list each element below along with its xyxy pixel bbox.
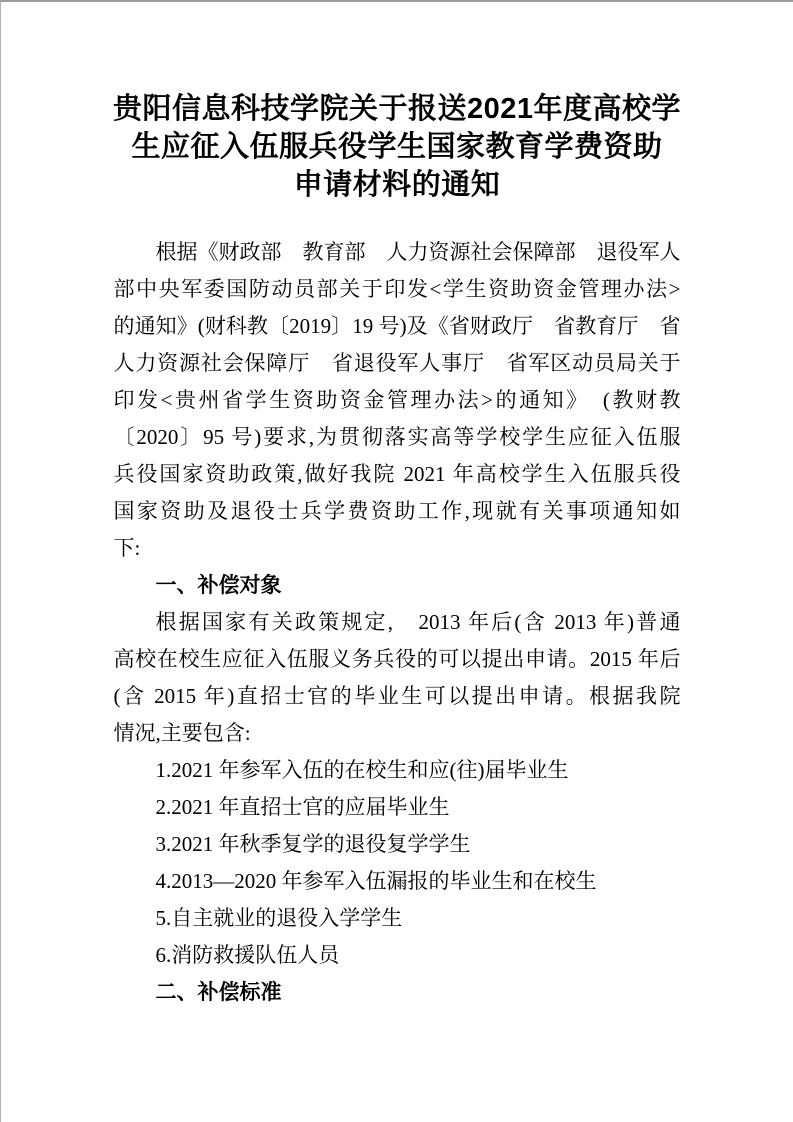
body-line: (含 2015 年)直招士官的毕业生可以提出申请。根据我院: [114, 678, 681, 715]
body-line: 的通知》(财科教〔2019〕19 号)及《省财政厅 省教育厅 省: [114, 308, 681, 345]
document-title: 贵阳信息科技学院关于报送2021年度高校学 生应征入伍服兵役学生国家教育学费资助…: [87, 90, 707, 204]
list-item: 1.2021 年参军入伍的在校生和应(往)届毕业生: [114, 752, 681, 789]
body-line: 人力资源社会保障厅 省退役军人事厅 省军区动员局关于: [114, 345, 681, 382]
list-item: 4.2013—2020 年参军入伍漏报的毕业生和在校生: [114, 863, 681, 900]
list-item: 5.自主就业的退役入学学生: [114, 900, 681, 937]
section-heading-2: 二、补偿标准: [114, 974, 681, 1011]
body-line: 部中央军委国防动员部关于印发<学生资助资金管理办法>: [114, 271, 681, 308]
document-page: 贵阳信息科技学院关于报送2021年度高校学 生应征入伍服兵役学生国家教育学费资助…: [0, 0, 793, 1122]
section-heading-1: 一、补偿对象: [114, 567, 681, 604]
list-item: 3.2021 年秋季复学的退役复学学生: [114, 826, 681, 863]
title-line: 申请材料的通知: [87, 166, 707, 204]
title-line: 生应征入伍服兵役学生国家教育学费资助: [87, 128, 707, 166]
body-line: 兵役国家资助政策,做好我院 2021 年高校学生入伍服兵役: [114, 456, 681, 493]
body-line: 根据《财政部 教育部 人力资源社会保障部 退役军人: [114, 234, 681, 271]
body-line: 〔2020〕95 号)要求,为贯彻落实高等学校学生应征入伍服: [114, 419, 681, 456]
document-body: 根据《财政部 教育部 人力资源社会保障部 退役军人 部中央军委国防动员部关于印发…: [114, 234, 681, 1011]
body-line: 下:: [114, 530, 681, 567]
body-line: 情况,主要包含:: [114, 715, 681, 752]
body-line: 高校在校生应征入伍服义务兵役的可以提出申请。2015 年后: [114, 641, 681, 678]
title-line: 贵阳信息科技学院关于报送2021年度高校学: [87, 90, 707, 128]
body-line: 印发<贵州省学生资助资金管理办法>的通知》 (教财教: [114, 382, 681, 419]
list-item: 6.消防救援队伍人员: [114, 937, 681, 974]
body-line: 国家资助及退役士兵学费资助工作,现就有关事项通知如: [114, 493, 681, 530]
body-line: 根据国家有关政策规定, 2013 年后(含 2013 年)普通: [114, 604, 681, 641]
list-item: 2.2021 年直招士官的应届毕业生: [114, 789, 681, 826]
